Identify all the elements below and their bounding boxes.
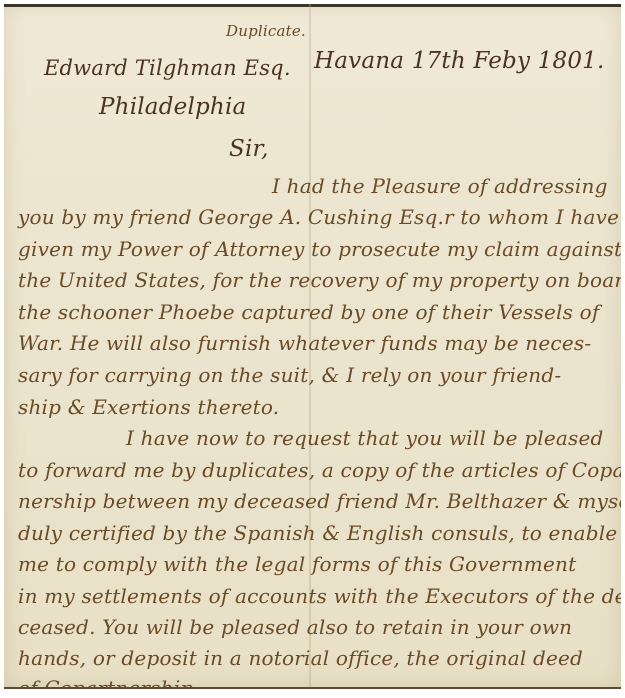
body-line: I have now to request that you will be p…: [126, 426, 604, 450]
body-line: nership between my deceased friend Mr. B…: [18, 489, 621, 513]
body-line: sary for carrying on the suit, & I rely …: [18, 363, 561, 387]
recipient-name: Edward Tilghman Esq.: [44, 56, 291, 80]
body-line: War. He will also furnish whatever funds…: [18, 331, 591, 355]
salutation: Sir,: [229, 136, 269, 162]
body-line: hands, or deposit in a notorial office, …: [18, 646, 583, 670]
duplicate-mark: Duplicate.: [226, 22, 306, 40]
body-line: me to comply with the legal forms of thi…: [18, 552, 576, 576]
body-line: to forward me by duplicates, a copy of t…: [18, 458, 621, 482]
place-date: Havana 17th Feby 1801.: [314, 48, 605, 74]
body-line: the United States, for the recovery of m…: [18, 268, 621, 292]
body-line: you by my friend George A. Cushing Esq.r…: [18, 205, 619, 229]
body-line: of Copartnership.: [18, 676, 200, 689]
letter-page: Duplicate. Edward Tilghman Esq. Havana 1…: [4, 4, 621, 689]
body-line: in my settlements of accounts with the E…: [18, 584, 621, 608]
body-line: I had the Pleasure of addressing: [272, 174, 608, 198]
body-line: the schooner Phoebe captured by one of t…: [18, 300, 600, 324]
body-line: ceased. You will be pleased also to reta…: [18, 615, 572, 639]
body-line: ship & Exertions thereto.: [18, 395, 279, 419]
recipient-city: Philadelphia: [99, 94, 246, 120]
body-line: given my Power of Attorney to prosecute …: [18, 237, 621, 261]
body-line: duly certified by the Spanish & English …: [18, 521, 617, 545]
